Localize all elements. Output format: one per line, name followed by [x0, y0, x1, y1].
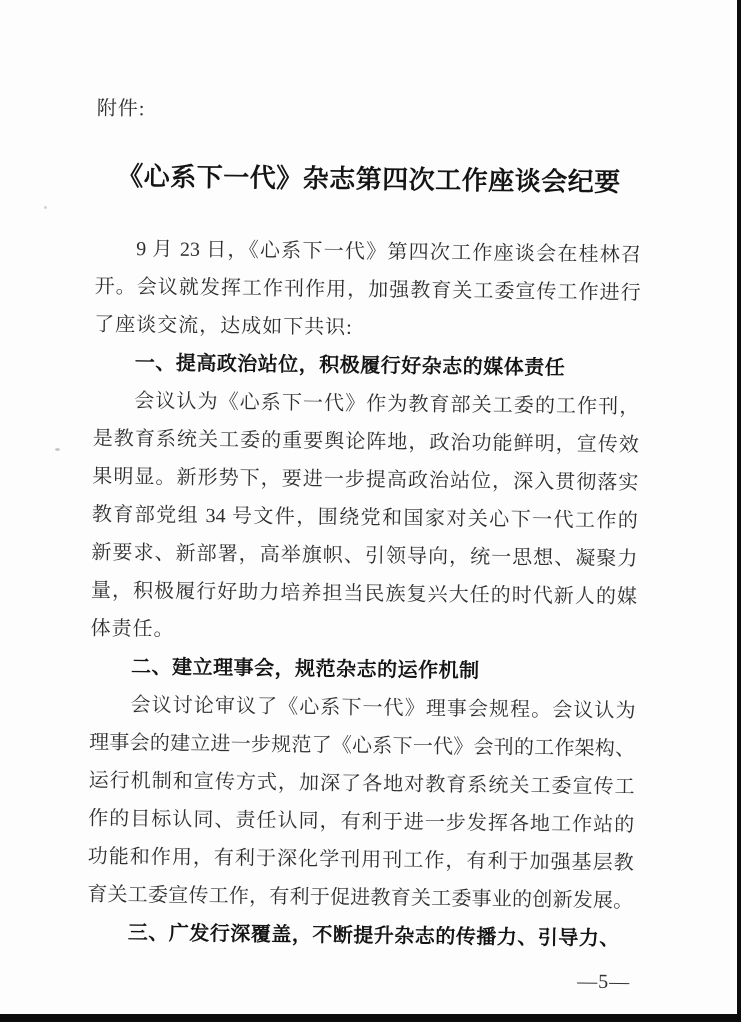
body-text-line: 量，积极履行好助力培养担当民族复兴大任的时代新人的媒 [91, 572, 637, 617]
body-text-line: 功能和作用，有利于深化学刊用刊工作，有利于加强基层教 [88, 838, 634, 883]
body-text-line: 9 月 23 日，《心系下一代》第四次工作座谈会在桂林召 [95, 230, 641, 275]
page-content: 附件: 《心系下一代》杂志第四次工作座谈会纪要 9 月 23 日，《心系下一代》… [86, 97, 643, 1004]
body-text-line: 教育部党组 34 号文件，围绕党和国家对关心下一代工作的 [92, 496, 638, 541]
section-heading-line: 三、广发行深覆盖，不断提升杂志的传播力、引导力、 [87, 914, 633, 959]
body-text-line: 果明显。新形势下，要进一步提高政治站位，深入贯彻落实 [92, 458, 638, 503]
document-page: 附件: 《心系下一代》杂志第四次工作座谈会纪要 9 月 23 日，《心系下一代》… [0, 0, 741, 1022]
document-body: 9 月 23 日，《心系下一代》第四次工作座谈会在桂林召开。会议就发挥工作刊作用… [87, 230, 642, 959]
scan-edge-right [737, 0, 741, 1022]
body-text-line: 是教育系统关工委的重要舆论阵地，政治功能鲜明，宣传效 [93, 420, 639, 465]
scan-speck [44, 206, 47, 209]
body-text-line: 体责任。 [90, 610, 636, 655]
body-text-line: 理事会的建立进一步规范了《心系下一代》会刊的工作架构、 [89, 724, 635, 769]
attachment-label: 附件: [97, 97, 643, 128]
document-title: 《心系下一代》杂志第四次工作座谈会纪要 [96, 157, 642, 204]
scan-speck [55, 448, 60, 451]
body-text-line: 运行机制和宣传方式，加深了各地对教育系统关工委宣传工 [88, 762, 634, 807]
section-heading-line: 一、提高政治站位，积极履行好杂志的媒体责任 [94, 344, 640, 389]
page-number: —5— [577, 971, 630, 995]
body-text-line: 会议认为《心系下一代》作为教育部关工委的工作刊， [93, 382, 639, 427]
body-text-line: 了座谈交流，达成如下共识: [94, 306, 640, 351]
body-text-line: 作的目标认同、责任认同，有利于进一步发挥各地工作站的 [88, 800, 634, 845]
body-text-line: 会议讨论审议了《心系下一代》理事会规程。会议认为 [89, 686, 635, 731]
scan-edge-bottom [0, 1014, 741, 1022]
body-text-line: 开。会议就发挥工作刊作用，加强教育关工委宣传工作进行 [94, 268, 640, 313]
body-text-line: 新要求、新部署，高举旗帜、引领导向，统一思想、凝聚力 [91, 534, 637, 579]
section-heading-line: 二、建立理事会，规范杂志的运作机制 [90, 648, 636, 693]
body-text-line: 育关工委宣传工作，有利于促进教育关工委事业的创新发展。 [87, 876, 633, 921]
